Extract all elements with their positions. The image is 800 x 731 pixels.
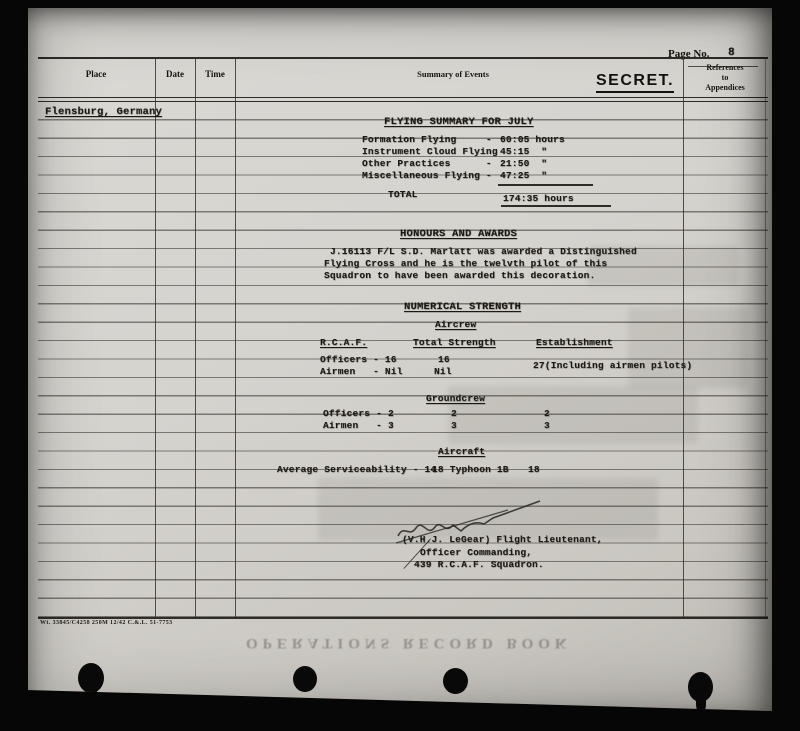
- aircrew-row-total: Nil: [434, 366, 452, 377]
- flying-row-label: Formation Flying -: [362, 134, 492, 145]
- column-header-date: Date: [155, 69, 195, 79]
- punch-hole: [78, 663, 104, 693]
- total-rule-above: [498, 184, 593, 186]
- aircrew-row-label: Airmen - Nil: [320, 366, 403, 377]
- flying-row-value: 60:05 hours: [500, 134, 565, 145]
- groundcrew-row-label: Airmen -: [323, 420, 382, 431]
- groundcrew-value: 2: [388, 408, 394, 419]
- punch-hole: [688, 672, 713, 702]
- groundcrew-row-label: Officers -: [323, 408, 382, 419]
- form-footer-code: Wt. 33845/C4258 250M 12/42 C.&.L. 51-775…: [40, 620, 173, 626]
- flying-row-value: 45:15 ": [500, 146, 547, 157]
- references-line-2: to: [687, 73, 763, 83]
- screenshot-root: { "page_header": { "page_no_label": "Pag…: [0, 0, 800, 731]
- flying-summary-title: FLYING SUMMARY FOR JULY: [384, 116, 534, 128]
- bleed-through-smudge: [448, 386, 698, 444]
- header-bottom-line-1: [38, 97, 768, 98]
- serviceability-value-2: 18: [528, 464, 540, 475]
- bleed-through-smudge: [628, 308, 748, 388]
- total-rule-below: [501, 205, 611, 207]
- flying-row-value: 21:50 ": [500, 158, 547, 169]
- bleed-through-smudge: [588, 246, 738, 286]
- serviceability-label: Average Serviceability - 14: [277, 464, 436, 475]
- flying-row-label: Other Practices -: [362, 158, 492, 169]
- document-scan: Page No. 8 Place Date Time Summary of Ev…: [28, 8, 772, 713]
- groundcrew-value: 3: [388, 420, 394, 431]
- secret-stamp: SECRET.: [596, 72, 674, 93]
- table-top-border: [38, 57, 768, 59]
- flying-row-label: Instrument Cloud Flying: [362, 146, 498, 157]
- references-line-1: References: [687, 63, 763, 73]
- bleed-through-smudge: [318, 478, 658, 540]
- place-entry: Flensburg, Germany: [45, 106, 162, 118]
- column-header-time: Time: [195, 69, 235, 79]
- column-header-summary: Summary of Events: [328, 69, 578, 79]
- column-header-references: References to Appendices: [687, 63, 763, 93]
- aircrew-row-total: 16: [438, 354, 450, 365]
- signature-role-line: Officer Commanding,: [420, 547, 532, 558]
- references-line-3: Appendices: [687, 83, 763, 93]
- serviceability-value-1: 18 Typhoon 1B: [432, 464, 509, 475]
- column-header-place: Place: [46, 69, 146, 79]
- aircrew-header-total: Total Strength: [413, 337, 496, 348]
- signature-unit-line: 439 R.C.A.F. Squadron.: [414, 559, 544, 570]
- total-label: TOTAL: [388, 189, 418, 200]
- bleed-through-title: OPERATIONS RECORD BOOK: [246, 634, 572, 651]
- aircrew-header-rcaf: R.C.A.F.: [320, 337, 367, 348]
- total-value: 174:35 hours: [503, 193, 574, 204]
- punch-hole: [443, 668, 468, 694]
- aircrew-header-establishment: Establishment: [536, 337, 613, 348]
- honours-line: Flying Cross and he is the twelvth pilot…: [324, 258, 607, 269]
- aircrew-title: Aircrew: [435, 319, 476, 330]
- honours-line: Squadron to have been awarded this decor…: [324, 270, 595, 281]
- aircraft-title: Aircraft: [438, 446, 485, 457]
- numerical-strength-title: NUMERICAL STRENGTH: [404, 301, 521, 313]
- punch-hole: [293, 666, 317, 692]
- aircrew-row-label: Officers - 16: [320, 354, 397, 365]
- flying-row-value: 47:25 ": [500, 170, 547, 181]
- honours-title: HONOURS AND AWARDS: [400, 228, 517, 240]
- flying-row-label: Miscellaneous Flying -: [362, 170, 492, 181]
